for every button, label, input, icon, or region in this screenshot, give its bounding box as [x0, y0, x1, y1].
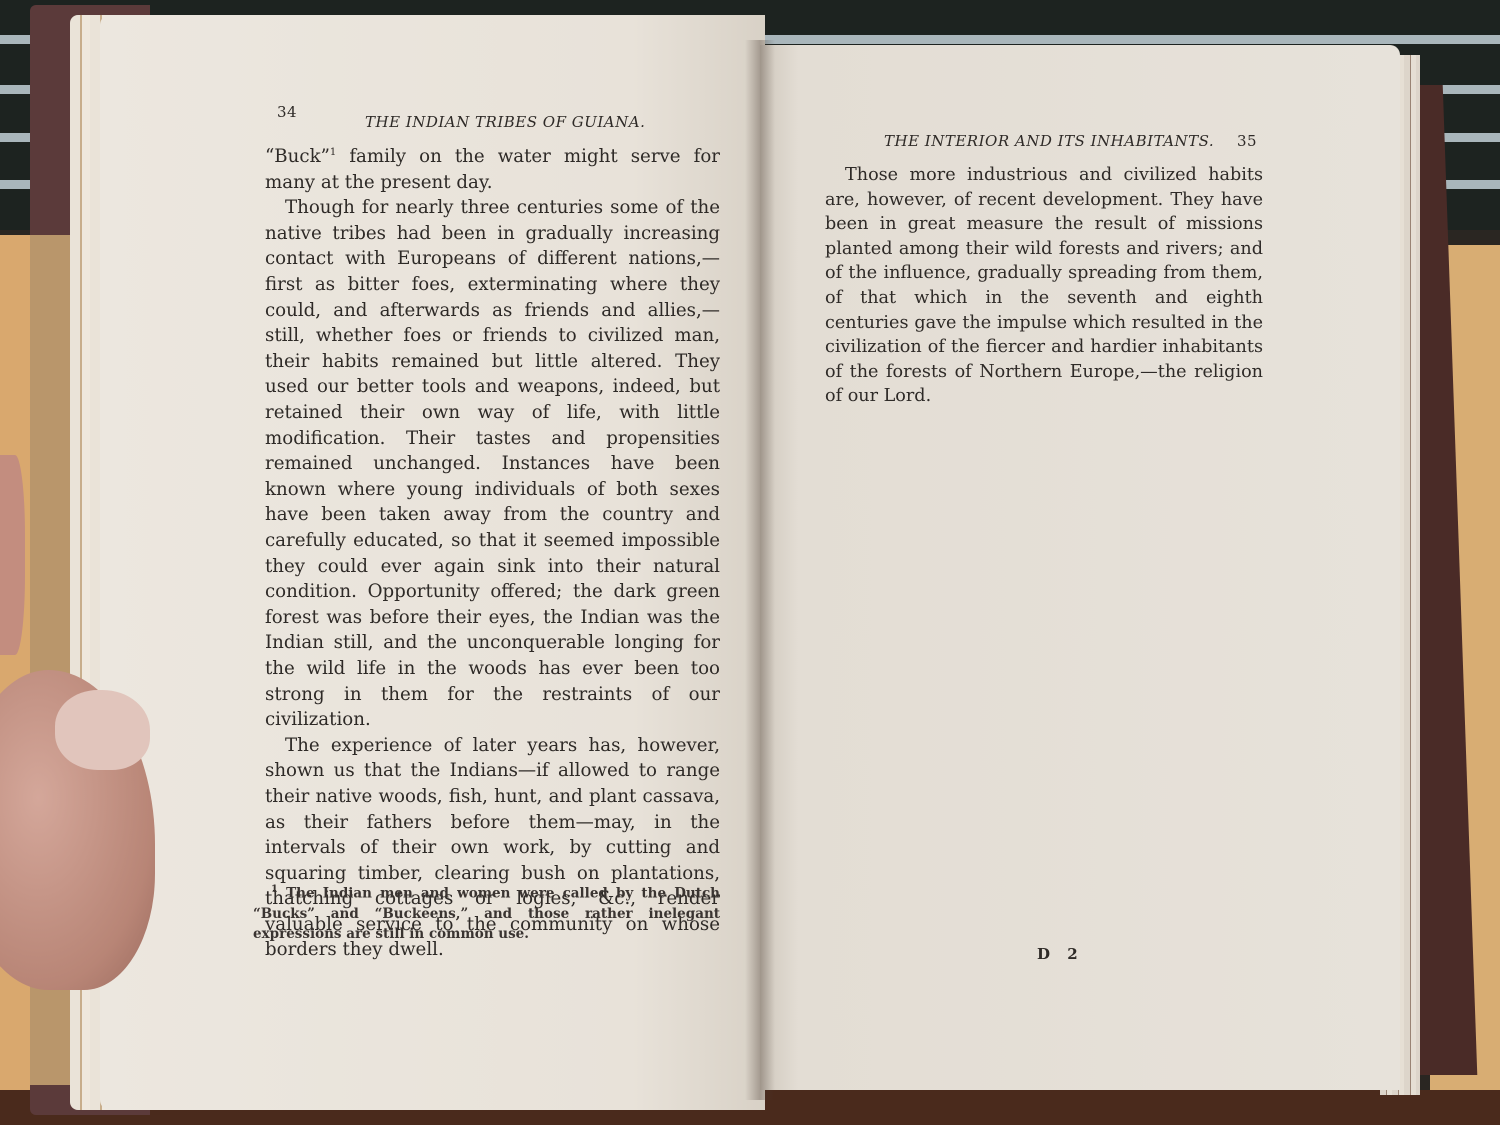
paragraph: Though for nearly three centuries some o… [265, 195, 720, 732]
signature-mark: D 2 [1037, 945, 1084, 963]
right-body-text: Those more industrious and civilized hab… [825, 163, 1263, 409]
hand-finger [0, 455, 25, 655]
thumbnail-nail [55, 690, 150, 770]
paragraph-continued: “Buck”1 family on the water might serve … [265, 140, 720, 195]
footnote-marker: 1 [271, 884, 278, 895]
paragraph: Those more industrious and civilized hab… [825, 163, 1263, 409]
right-page: THE INTERIOR AND ITS INHABITANTS. 35 Tho… [760, 45, 1400, 1090]
right-running-head: THE INTERIOR AND ITS INHABITANTS. [884, 132, 1214, 150]
footnote-body: The Indian men and women were called by … [253, 886, 720, 942]
left-body-text: “Buck”1 family on the water might serve … [265, 140, 720, 963]
right-running-head-title: THE INTERIOR AND ITS INHABITANTS. [884, 132, 1214, 150]
left-running-head-title: THE INDIAN TRIBES OF GUIANA. [365, 113, 645, 131]
left-page-number: 34 [277, 103, 297, 121]
left-page: 34 THE INDIAN TRIBES OF GUIANA. “Buck”1 … [100, 15, 765, 1110]
footnote-text: 1 The Indian men and women were called b… [253, 880, 720, 944]
left-running-head: THE INDIAN TRIBES OF GUIANA. [365, 113, 645, 131]
right-page-number: 35 [1237, 132, 1257, 150]
book-gutter [745, 40, 775, 1100]
paragraph-text: “Buck” [265, 146, 330, 167]
footnote: 1 The Indian men and women were called b… [253, 880, 720, 944]
